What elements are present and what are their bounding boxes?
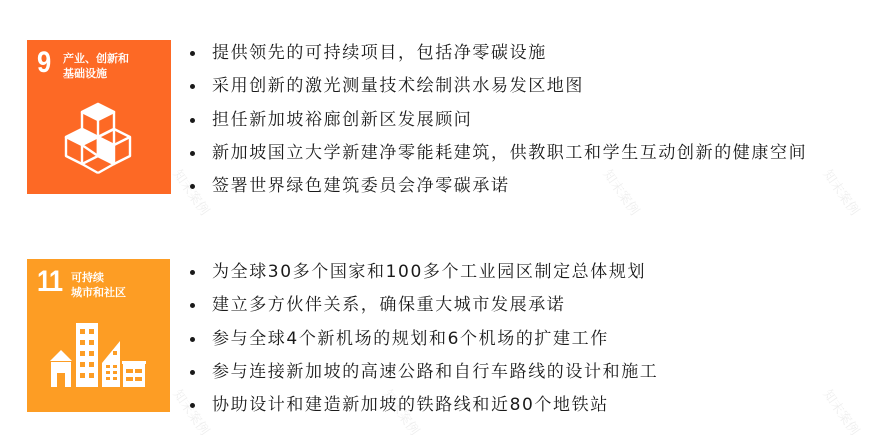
sdg-11-achievements-list: 为全球30多个国家和100多个工业园区制定总体规划 建立多方伙伴关系，确保重大城…: [185, 259, 658, 425]
bullet-icon: [190, 118, 195, 123]
list-item-text: 协助设计和建造新加坡的铁路线和近80个地铁站: [212, 395, 609, 415]
list-item: 采用创新的激光测量技术绘制洪水易发区地图: [185, 73, 807, 106]
list-item-text: 参与连接新加坡的高速公路和自行车路线的设计和施工: [212, 362, 658, 382]
list-item-text: 担任新加坡裕廊创新区发展顾问: [212, 110, 472, 130]
bullet-icon: [190, 51, 195, 56]
list-item-text: 签署世界绿色建筑委员会净零碳承诺: [212, 176, 510, 196]
list-item-text: 为全球30多个国家和100多个工业园区制定总体规划: [212, 262, 646, 282]
bullet-icon: [190, 303, 195, 308]
sdg-11-tile: 11 可持续 城市和社区: [27, 259, 170, 412]
bullet-icon: [190, 151, 195, 156]
bullet-icon: [190, 370, 195, 375]
list-item: 建立多方伙伴关系，确保重大城市发展承诺: [185, 292, 658, 325]
sdg-9-achievements-list: 提供领先的可持续项目，包括净零碳设施 采用创新的激光测量技术绘制洪水易发区地图 …: [185, 40, 807, 206]
bullet-icon: [190, 337, 195, 342]
watermark: 知末案例: [819, 165, 864, 219]
list-item-text: 采用创新的激光测量技术绘制洪水易发区地图: [212, 76, 584, 96]
list-item: 协助设计和建造新加坡的铁路线和近80个地铁站: [185, 392, 658, 425]
sdg-9-number: 9: [37, 48, 50, 78]
list-item: 为全球30多个国家和100多个工业园区制定总体规划: [185, 259, 658, 292]
list-item: 签署世界绿色建筑委员会净零碳承诺: [185, 173, 807, 206]
list-item-text: 新加坡国立大学新建净零能耗建筑，供教职工和学生互动创新的健康空间: [212, 143, 807, 163]
bullet-icon: [190, 403, 195, 408]
list-item-text: 参与全球4个新机场的规划和6个机场的扩建工作: [212, 329, 609, 349]
bullet-icon: [190, 84, 195, 89]
list-item: 新加坡国立大学新建净零能耗建筑，供教职工和学生互动创新的健康空间: [185, 140, 807, 173]
bullet-icon: [190, 184, 195, 189]
list-item-text: 建立多方伙伴关系，确保重大城市发展承诺: [212, 295, 565, 315]
list-item: 参与连接新加坡的高速公路和自行车路线的设计和施工: [185, 359, 658, 392]
sdg-9-title: 产业、创新和 基础设施: [63, 51, 129, 81]
list-item-text: 提供领先的可持续项目，包括净零碳设施: [212, 43, 547, 63]
list-item: 参与全球4个新机场的规划和6个机场的扩建工作: [185, 326, 658, 359]
cubes-icon: [57, 102, 139, 176]
watermark: 知末案例: [819, 385, 864, 435]
sdg-9-tile: 9 产业、创新和 基础设施: [27, 40, 171, 194]
sdg-11-title: 可持续 城市和社区: [71, 270, 126, 300]
list-item: 担任新加坡裕廊创新区发展顾问: [185, 107, 807, 140]
list-item: 提供领先的可持续项目，包括净零碳设施: [185, 40, 807, 73]
sdg-11-number: 11: [37, 267, 62, 297]
city-buildings-icon: [50, 323, 150, 387]
bullet-icon: [190, 270, 195, 275]
